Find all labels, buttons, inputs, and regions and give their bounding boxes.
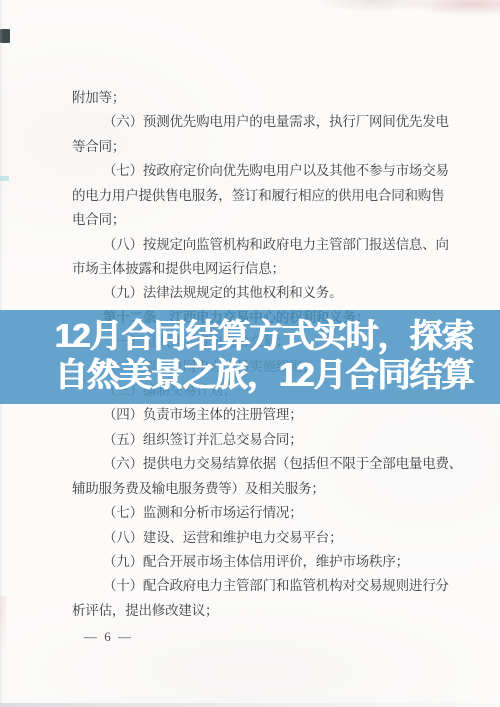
doc-line: （六）预测优先购电用户的电量需求，执行厂网间优先发电 [72, 110, 452, 134]
doc-line: （八）按规定向监管机构和政府电力主管部门报送信息、向 [72, 233, 452, 257]
scan-teal-dash-mark [0, 176, 9, 181]
banner-title-line: 12月合同结算方式实时，探索 [0, 317, 500, 356]
doc-line: 析评估，提出修改建议； [72, 599, 452, 623]
doc-line: 电合同； [72, 208, 452, 232]
page-number: — 6 — [84, 629, 133, 645]
scan-bottom-edge [0, 703, 500, 707]
doc-line: （九）法律法规规定的其他权利和义务。 [72, 281, 452, 305]
doc-line: （四）负责市场主体的注册管理； [72, 403, 452, 427]
doc-line: （六）提供电力交易结算依据（包括但不限于全部电量电费、 [72, 452, 452, 476]
scan-pink-streak [0, 596, 6, 660]
banner-title-line: 自然美景之旅，12月合同结算 [0, 356, 500, 395]
scan-dark-edge-mark [0, 29, 10, 43]
scan-pink-smudge [405, 0, 500, 16]
scanned-document-page: 附加等；（六）预测优先购电用户的电量需求，执行厂网间优先发电等合同；（七）按政府… [0, 0, 500, 707]
doc-line: （七）监测和分析市场运行情况； [72, 501, 452, 525]
doc-line: 辅助服务费及输电服务费等）及相关服务； [72, 477, 452, 501]
doc-line: （七）按政府定价向优先购电用户以及其他不参与市场交易 [72, 159, 452, 183]
doc-line: 的电力用户提供售电服务，签订和履行相应的供用电合同和购售 [72, 184, 452, 208]
doc-line: （八）建设、运营和维护电力交易平台； [72, 526, 452, 550]
doc-line: （九）配合开展市场主体信用评价，维护市场秩序； [72, 550, 452, 574]
doc-line: （十）配合政府电力主管部门和监管机构对交易规则进行分 [72, 574, 452, 598]
doc-line: 等合同； [72, 135, 452, 159]
scan-pink-smudge [320, 0, 430, 12]
doc-line: 附加等； [72, 86, 452, 110]
doc-line: （五）组织签订并汇总交易合同； [72, 428, 452, 452]
title-banner: 12月合同结算方式实时，探索自然美景之旅，12月合同结算 [0, 310, 500, 404]
doc-line: 市场主体披露和提供电网运行信息； [72, 257, 452, 281]
